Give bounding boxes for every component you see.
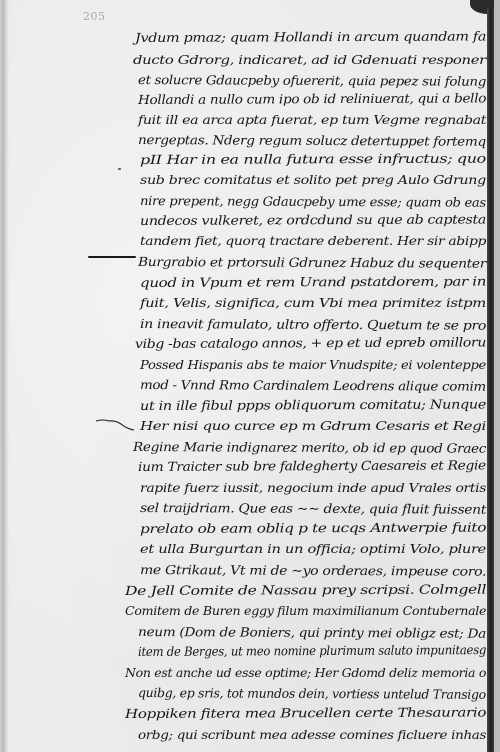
manuscript-line: quibg, ep sris, tot mundos dein, vorties… xyxy=(138,685,486,702)
manuscript-line: mod - Vnnd Rmo Cardinalem Leodrens aliqu… xyxy=(140,377,486,394)
manuscript-line: Possed Hispanis abs te maior Vnudspite; … xyxy=(140,357,486,372)
manuscript-line: fuit ill ea arca apta fuerat, ep tum Veg… xyxy=(138,112,486,127)
manuscript-line: Regine Marie indignarez merito, ob id ep… xyxy=(133,439,486,456)
manuscript-line: rapite fuerz iussit, negocium inde apud … xyxy=(140,480,486,495)
manuscript-line: sel traijdriam. Que eas ~~ dexte, quia f… xyxy=(140,500,486,517)
manuscript-line: nire prepent, negg Gdaucpeby ume esse; q… xyxy=(140,193,486,210)
manuscript-line: fuit, Velis, significa, cum Vbi mea prim… xyxy=(140,295,486,310)
manuscript-line: Non est anche ud esse optime; Her Gdomd … xyxy=(125,665,486,680)
manuscript-line: prelato ob eam obliq p te ucqs Antwerpie… xyxy=(140,520,486,536)
manuscript-line: sub brec comitatus et solito pet preg Au… xyxy=(140,172,486,187)
manuscript-line: ium Traicter sub bre faldegherty Caesare… xyxy=(138,457,486,474)
manuscript-line: pII Har in ea nulla futura esse infructu… xyxy=(140,151,486,167)
manuscript-line: Her nisi quo curce ep m Gdrum Cesaris et… xyxy=(140,418,486,433)
manuscript-line: et ulla Burgurtan in un officia; optimi … xyxy=(140,541,486,556)
manuscript-line: vibg -bas catalogo annos, + ep et ud epr… xyxy=(135,334,486,351)
manuscript-line: ut in ille fibul ppps obliquorum comitat… xyxy=(140,396,486,413)
manuscript-line: neum (Dom de Boniers, qui printy mei obl… xyxy=(138,624,486,641)
manuscript-line: Hoppiken fitera mea Brucellen certe Thes… xyxy=(125,704,486,721)
margin-flourish-icon xyxy=(95,418,135,432)
margin-dot xyxy=(118,168,121,170)
handwritten-text-block: Jvdum pmaz; quam Hollandi in arcum quand… xyxy=(0,0,500,752)
manuscript-line: Jvdum pmaz; quam Hollandi in arcum quand… xyxy=(135,28,486,45)
manuscript-line: ducto Gdrorg, indicaret, ad id Gdenuati … xyxy=(133,52,486,67)
manuscript-line: De Jell Comite de Nassau prey scripsi. C… xyxy=(125,581,486,598)
manuscript-line: Comitem de Buren eggy filum maximilianum… xyxy=(125,603,486,618)
manuscript-line: tandem fiet, quorq tractare deberent. He… xyxy=(140,233,486,248)
manuscript-line: et solucre Gdaucpeby ofuererit, quia pep… xyxy=(138,72,486,89)
manuscript-line: Burgrabio et prtorsuli Gdrunez Habuz du … xyxy=(138,254,486,271)
manuscript-line: undecos vulkeret, ez ordcdund su que ab … xyxy=(140,211,486,228)
manuscript-line: nergeptas. Nderg regum solucz detertuppe… xyxy=(138,132,486,149)
manuscript-line: item de Berges, ut meo nomine plurimum s… xyxy=(138,642,486,659)
manuscript-line: me Gtrikaut, Vt mi de ~yo orderaes, impe… xyxy=(140,562,486,579)
manuscript-line: in ineavit famulato, ultro offerto. Quet… xyxy=(140,316,486,333)
manuscript-line: Hollandi a nullo cum ipo ob id reliniuer… xyxy=(138,90,486,107)
manuscript-line: quod in Vpum et rem Urand pstatdorem, pa… xyxy=(140,273,486,290)
manuscript-line: orbg; qui scribunt mea adesse comines fi… xyxy=(138,727,486,742)
manuscript-page: 205 Jvdum pmaz; quam Hollandi in arcum q… xyxy=(0,0,500,752)
margin-pointer-stroke xyxy=(88,256,136,258)
